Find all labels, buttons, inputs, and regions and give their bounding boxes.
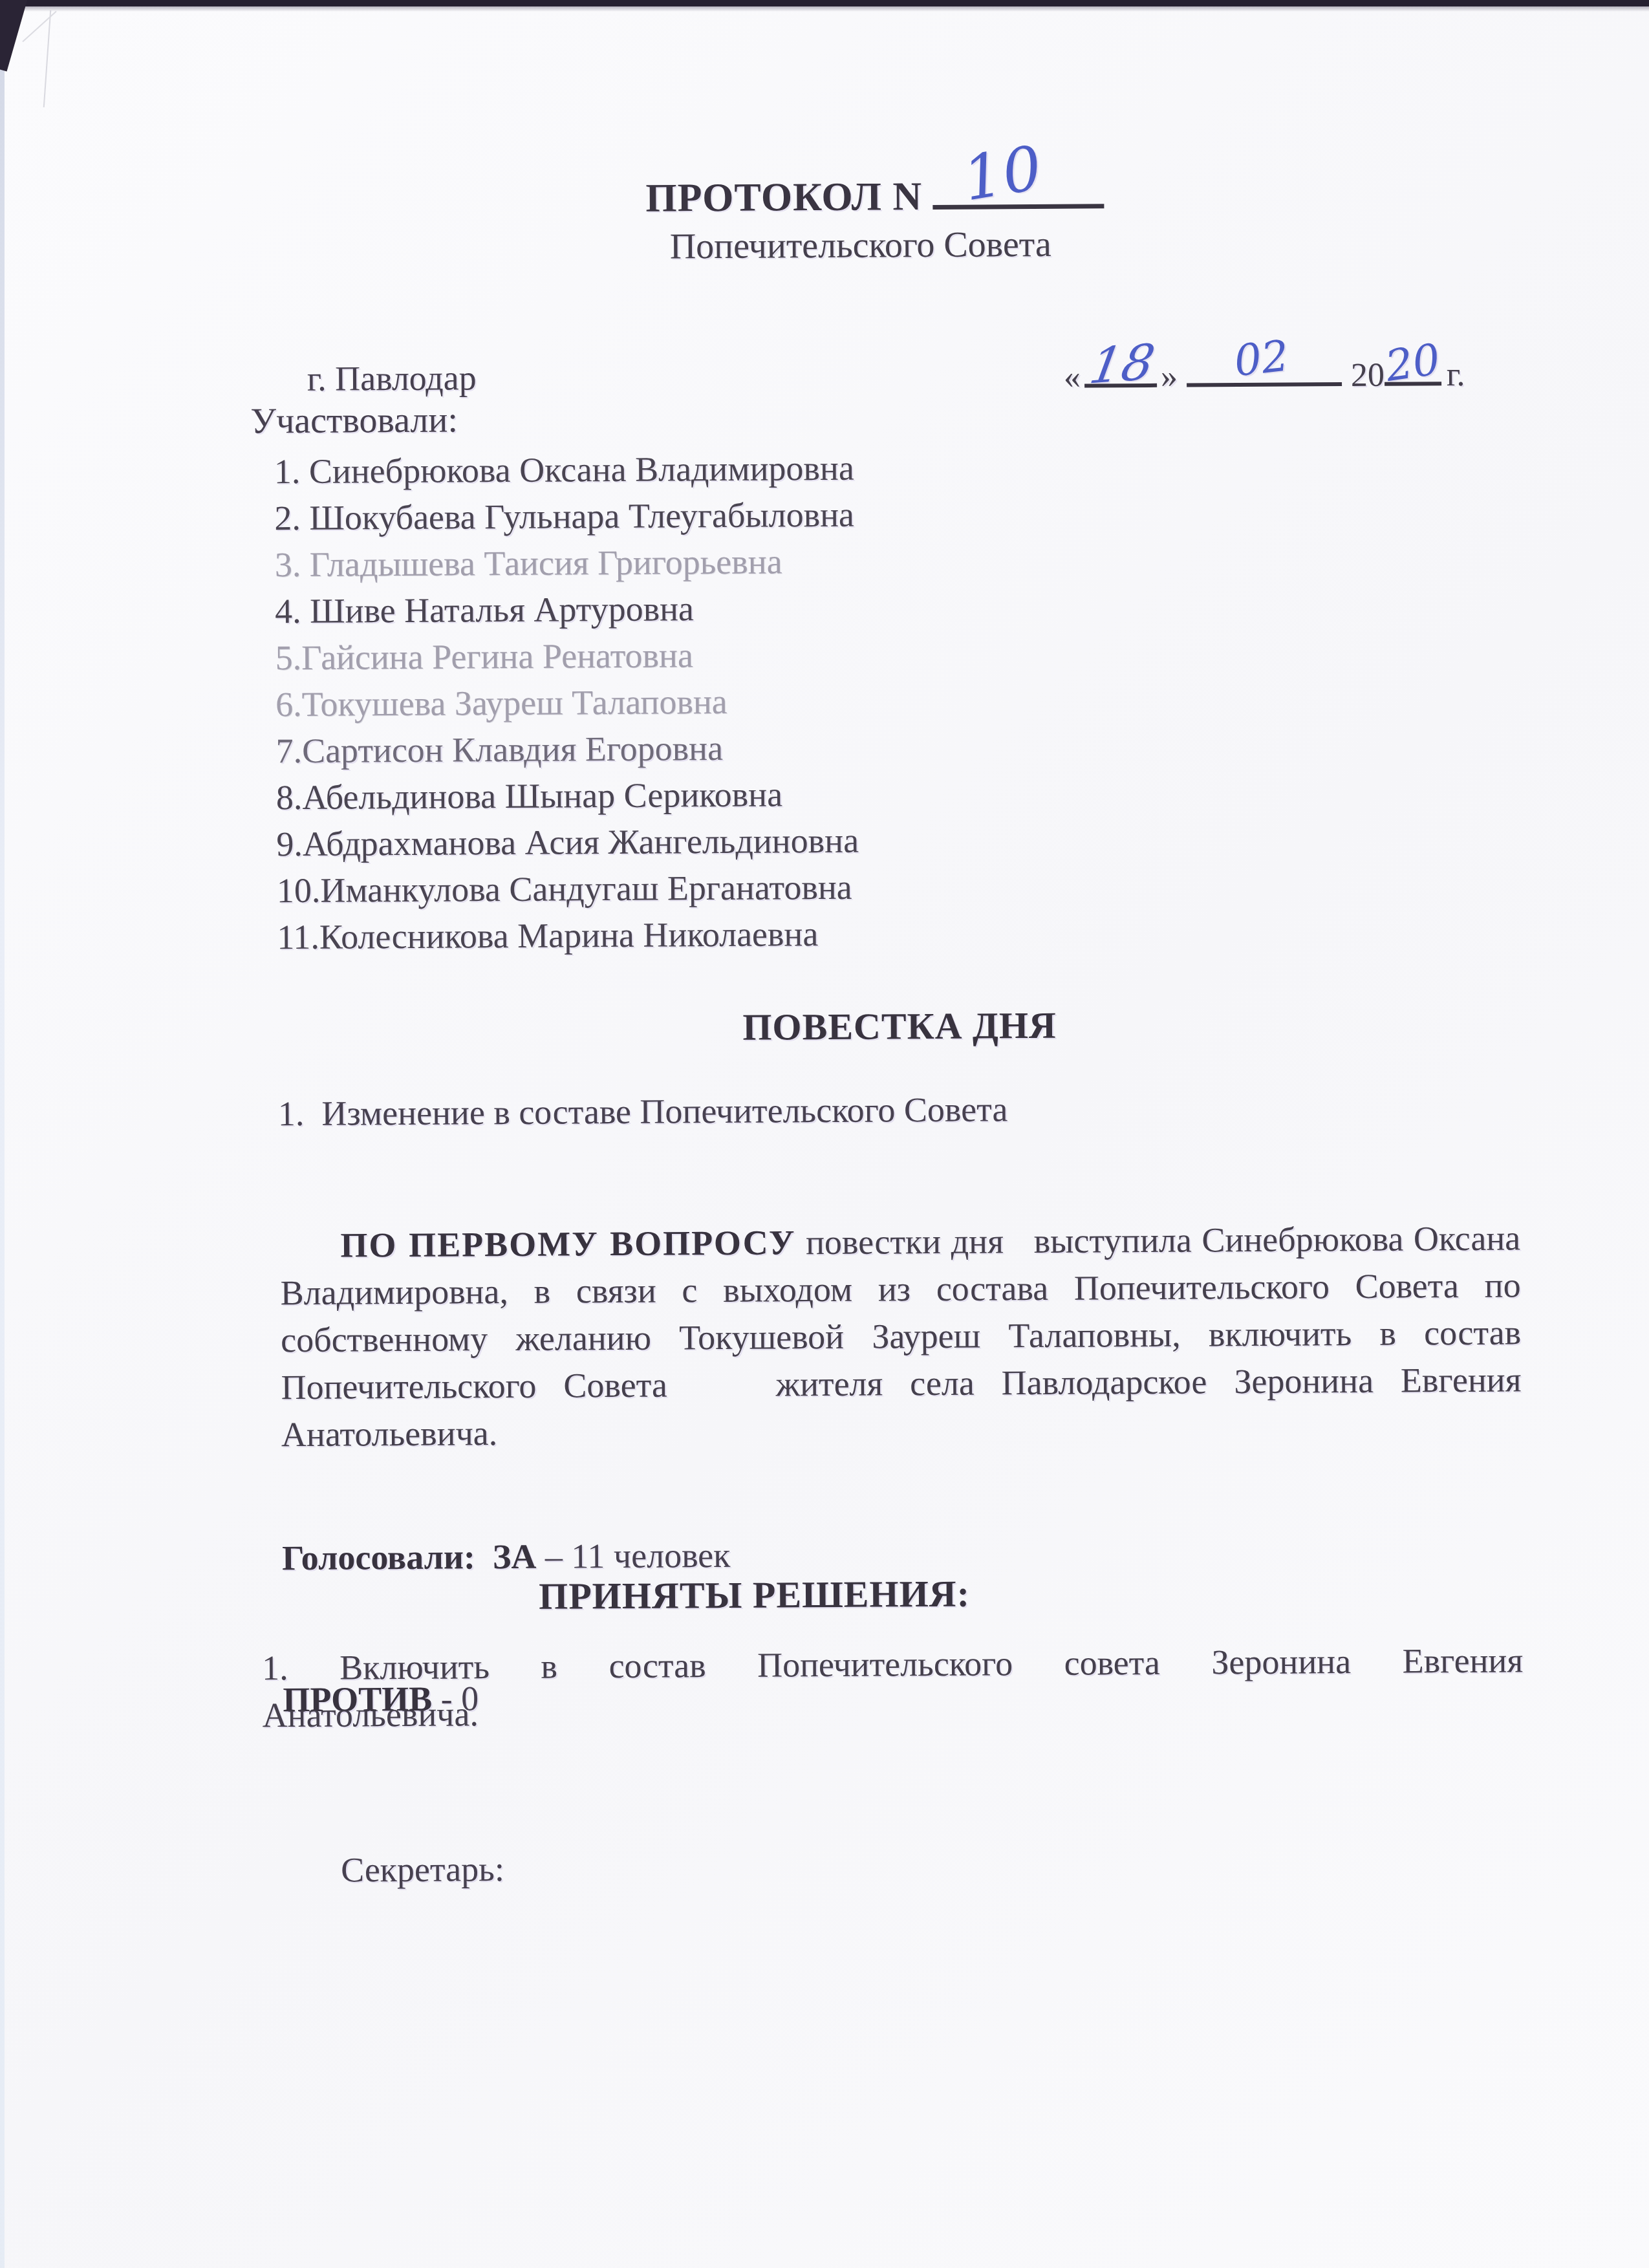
date-year-prefix: 20 — [1351, 357, 1385, 394]
date-open-quote: « — [1064, 359, 1081, 396]
participant-item: 5.Гайсина Регина Ренатовна — [275, 631, 857, 682]
participant-item: 4. Шиве Наталья Артуровна — [275, 585, 857, 635]
participant-item: 3. Гладышева Таисия Григорьевна — [275, 538, 857, 589]
participants-list: 1. Синебрюкова Оксана Владимировна2. Шок… — [274, 445, 859, 960]
voting-block: Голосовали: ЗА – 11 человек ПРОТИВ - 0 — [281, 1438, 732, 1818]
protocol-number-handwritten: 10 — [959, 138, 1046, 211]
participant-item: 10.Иманкулова Сандугаш Ерганатовна — [277, 864, 859, 914]
protocol-number-blank: 10 — [932, 167, 1104, 210]
decisions-heading: ПРИНЯТЫ РЕШЕНИЯ: — [263, 1570, 1245, 1619]
scanner-top-edge-shadow — [0, 6, 1649, 12]
document-content: ПРОТОКОЛ N10 Попечительского Совета г. П… — [0, 0, 1649, 2268]
date-month-blank: 02 — [1187, 351, 1342, 387]
date-close-quote: » — [1161, 358, 1178, 395]
voting-za-result: – 11 человек — [536, 1536, 730, 1576]
scanner-top-edge — [0, 0, 1649, 6]
voting-za-label: Голосовали: ЗА — [282, 1537, 537, 1577]
agenda-heading: ПОВЕСТКА ДНЯ — [279, 1000, 1520, 1052]
document-title: ПРОТОКОЛ N — [645, 175, 922, 221]
participant-item: 6.Токушева Зауреш Талаповна — [275, 678, 858, 728]
date-month-handwritten: 02 — [1232, 334, 1291, 383]
city-label: г. Павлодар — [307, 358, 477, 399]
agenda-item: 1. Изменение в составе Попечительского С… — [278, 1089, 1008, 1134]
participant-item: 11.Колесникова Марина Николаевна — [277, 911, 859, 961]
date-day-handwritten: 18 — [1086, 338, 1158, 391]
participant-item: 7.Сартисон Клавдия Егоровна — [275, 724, 858, 775]
date-year-suffix: г. — [1447, 356, 1465, 393]
secretary-label: Секретарь: — [341, 1849, 504, 1890]
participant-item: 8.Абельдинова Шынар Сериковна — [276, 771, 859, 821]
scanner-left-edge — [0, 6, 5, 2268]
participant-item: 1. Синебрюкова Оксана Владимировна — [274, 445, 857, 495]
document-subtitle: Попечительского Совета — [670, 224, 1051, 268]
date-line: «18»022020г. — [1064, 351, 1465, 396]
scanned-document-page: ПРОТОКОЛ N10 Попечительского Совета г. П… — [0, 0, 1649, 2268]
document-title-line: ПРОТОКОЛ N10 — [645, 167, 1104, 221]
participants-label: Участвовали: — [250, 399, 458, 442]
date-year-blank: 20 — [1385, 351, 1441, 386]
participant-item: 9.Абдрахманова Асия Жангельдиновна — [276, 817, 859, 868]
decision-item: 1. Включить в состав Попечительского сов… — [262, 1637, 1524, 1739]
first-question-lead: ПО ПЕРВОМУ ВОПРОСУ — [340, 1223, 795, 1264]
date-year-handwritten: 20 — [1383, 338, 1443, 388]
participant-item: 2. Шокубаева Гульнара Тлеугабыловна — [274, 491, 857, 542]
date-day-blank: 18 — [1084, 352, 1157, 388]
